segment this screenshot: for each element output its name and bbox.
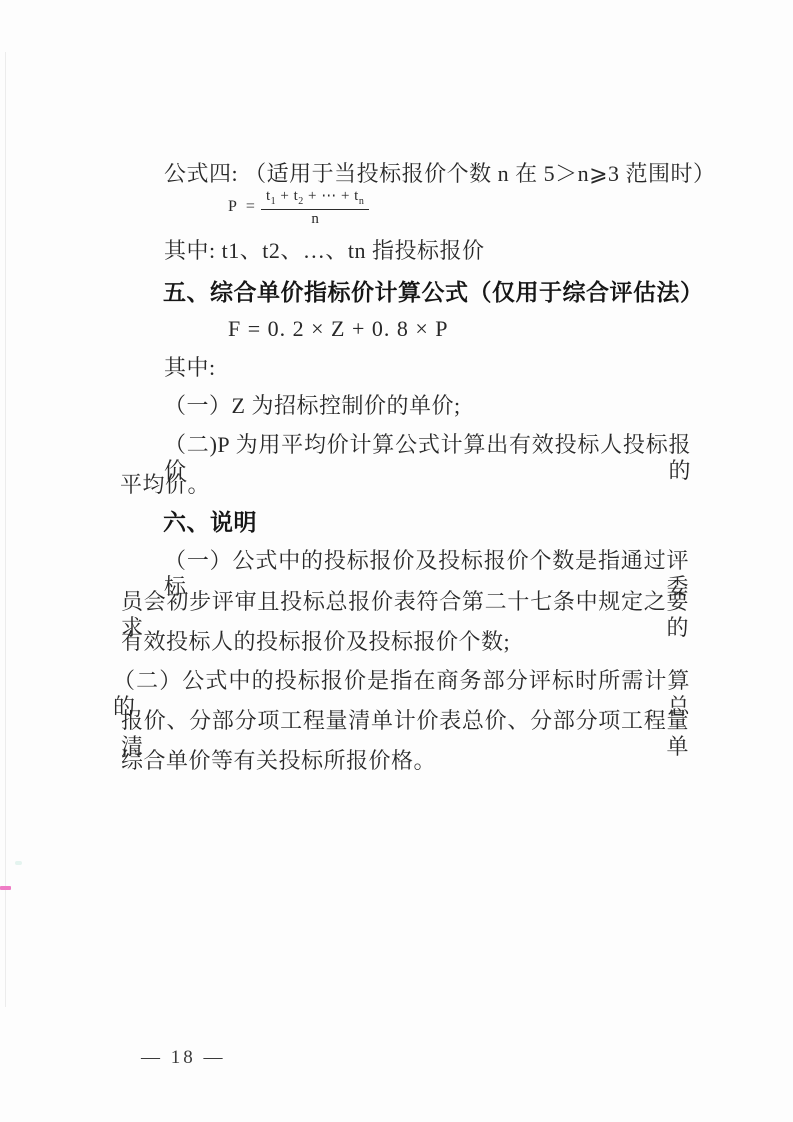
heading-section6: 六、说明 <box>163 509 257 535</box>
pink-scan-mark <box>0 886 11 890</box>
formula4-caption: 公式四: （适用于当投标报价个数 n 在 5＞n⩾3 范围时） <box>164 161 688 187</box>
heading-section5: 五、综合单价指标价计算公式（仅用于综合评估法） <box>163 279 704 305</box>
item-p-definition: （二)P 为用平均价计算公式计算出有效投标人投标报价的 <box>164 432 691 484</box>
formula-f: F = 0. 2 × Z + 0. 8 × P <box>228 316 449 342</box>
item-p-definition-cont: 平均价。 <box>120 472 210 498</box>
formula-p-denominator: n <box>261 210 369 228</box>
formula-p-lhs: P <box>228 198 238 216</box>
formula-p-fraction: t1 + t2 + ⋯ + tn n <box>261 186 369 228</box>
qizhong-label: 其中: <box>164 355 216 381</box>
formula-p-legend: 其中: t1、t2、…、tn 指投标报价 <box>164 238 484 264</box>
formula-p-equals: = <box>246 198 255 216</box>
formula-p-numerator: t1 + t2 + ⋯ + tn <box>261 186 369 210</box>
scanned-document-page: 公式四: （适用于当投标报价个数 n 在 5＞n⩾3 范围时） P = t1 +… <box>0 0 793 1122</box>
note1-line3: 有效投标人的投标报价及投标报价个数; <box>121 629 510 655</box>
formula-p-average: P = t1 + t2 + ⋯ + tn n <box>228 186 369 228</box>
note2-line3: 综合单价等有关投标所报价格。 <box>121 748 436 774</box>
scan-edge-line <box>5 52 6 1007</box>
page-number: — 18 — <box>141 1047 226 1069</box>
scan-speckle <box>15 861 22 865</box>
item-z-definition: （一）Z 为招标控制价的单价; <box>164 393 461 419</box>
